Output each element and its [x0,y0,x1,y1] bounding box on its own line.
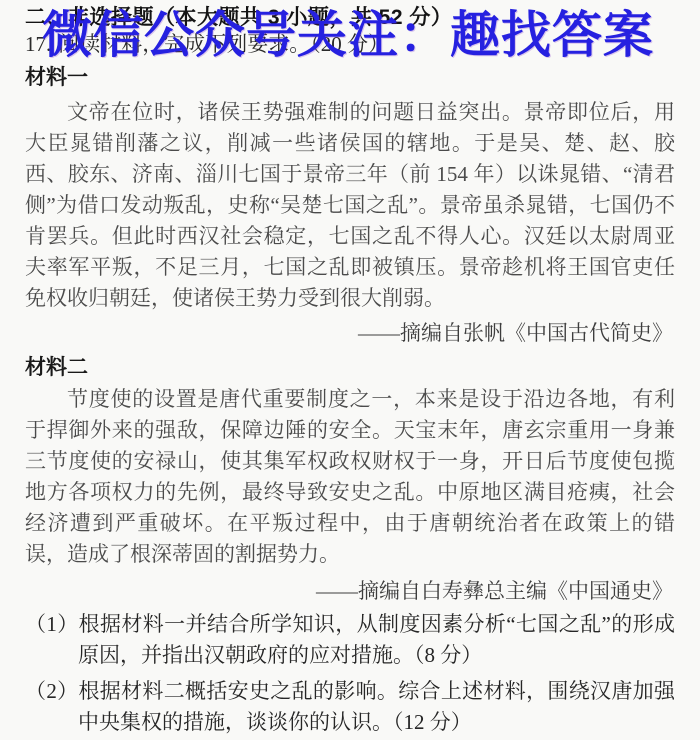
sub-question-1: （1）根据材料一并结合所学知识，从制度因素分析“七国之乱”的形成原因，并指出汉朝… [25,609,675,671]
material-1-paragraph: 文帝在位时，诸侯王势强难制的问题日益突出。景帝即位后，用大臣晁错削藩之议，削减一… [25,97,675,314]
material-2-source: ——摘编自白寿彝总主编《中国通史》 [25,576,675,607]
sub-question-1-number: （1） [25,612,79,636]
sub-question-1-text: 根据材料一并结合所学知识，从制度因素分析“七国之乱”的形成原因，并指出汉朝政府的… [78,612,675,667]
sub-question-2: （2）根据材料二概括安史之乱的影响。综合上述材料，围绕汉唐加强中央集权的措施，谈… [25,676,675,738]
sub-question-2-number: （2） [25,679,78,703]
sub-question-2-text: 根据材料二概括安史之乱的影响。综合上述材料，围绕汉唐加强中央集权的措施，谈谈你的… [78,679,675,734]
material-2-paragraph: 节度使的设置是唐代重要制度之一，本来是设于沿边各地，有利于捍御外来的强敌，保障边… [25,384,675,570]
material-1-label: 材料一 [25,63,675,93]
watermark-text: 微信公众号关注：趣找答案 [42,8,654,62]
material-2-label: 材料二 [25,353,675,383]
exam-page: 微信公众号关注：趣找答案 二、非选择题（本大题共 3 小题，共 52 分） 17… [0,0,700,740]
material-1-source: ——摘编自张帆《中国古代简史》 [25,318,675,349]
